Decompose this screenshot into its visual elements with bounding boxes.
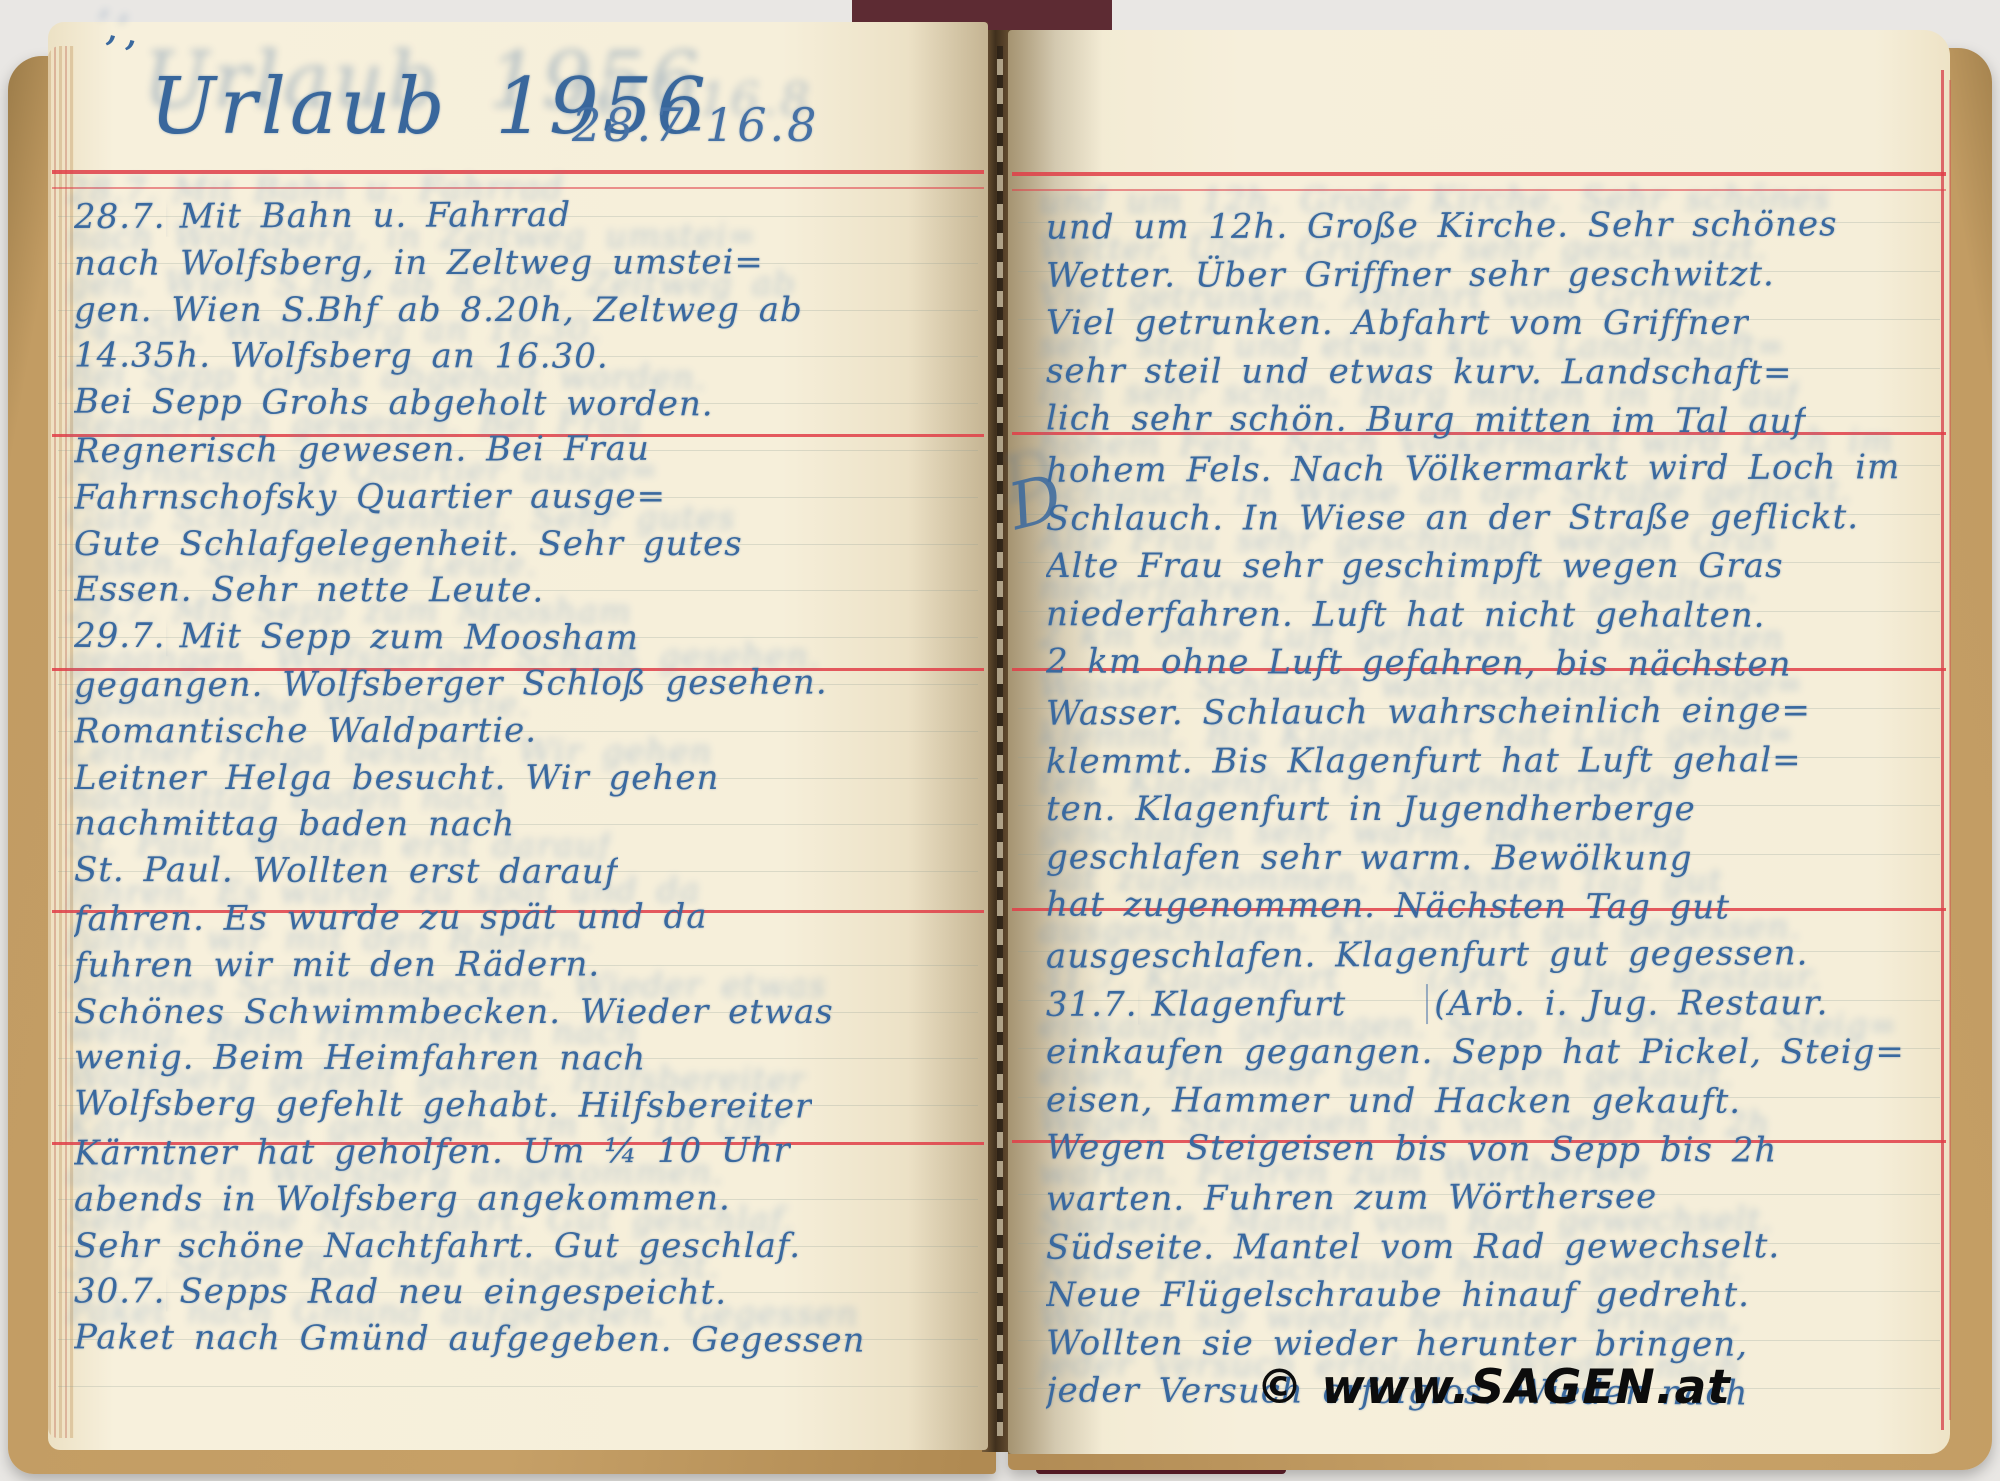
faint-rule-line	[58, 1339, 978, 1340]
diary-page-left	[48, 22, 988, 1450]
red-rule-line	[1012, 432, 1946, 435]
faint-rule-line	[58, 544, 978, 545]
faint-rule-line	[58, 216, 978, 217]
faint-rule-line	[1018, 416, 1940, 417]
faint-rule-line	[58, 778, 978, 779]
gutter-shadow-left	[908, 22, 988, 1450]
faint-rule-line	[58, 1246, 978, 1247]
red-rule-line	[1012, 172, 1946, 176]
faint-rule-line	[58, 1058, 978, 1059]
faint-rule-line	[1018, 222, 1940, 223]
faint-rule-line	[58, 263, 978, 264]
faint-rule-line	[58, 403, 978, 404]
red-rule-line	[52, 170, 984, 174]
red-rule-line	[52, 668, 984, 671]
faint-rule-line	[58, 1292, 978, 1293]
faint-rule-line	[1018, 1243, 1940, 1244]
faint-rule-line	[58, 637, 978, 638]
scanned-diary-spread: ’’ Urlaub 1956 28.7-16.8 D 28.7.Mit Bahn…	[0, 0, 2000, 1481]
faint-rule-line	[58, 497, 978, 498]
red-rule-line	[1012, 1140, 1946, 1143]
faint-rule-line	[1018, 854, 1940, 855]
red-rule-line	[1012, 908, 1946, 911]
faint-rule-line	[1018, 1097, 1940, 1098]
faint-rule-line	[1018, 514, 1940, 515]
faint-rule-line	[58, 731, 978, 732]
faint-rule-line	[1018, 805, 1940, 806]
faint-rule-line	[58, 1386, 978, 1387]
faint-rule-line	[1018, 1340, 1940, 1341]
red-rule-line	[52, 434, 984, 437]
red-rule-line	[52, 910, 984, 913]
faint-rule-line	[1018, 708, 1940, 709]
page-edge-stack	[48, 46, 74, 1438]
faint-rule-line	[1018, 1194, 1940, 1195]
faint-rule-line	[1018, 319, 1940, 320]
red-rule-line	[52, 187, 984, 189]
gutter-shadow-right	[1008, 30, 1103, 1454]
faint-rule-line	[58, 871, 978, 872]
faint-rule-line	[58, 965, 978, 966]
faint-rule-line	[1018, 1291, 1940, 1292]
faint-rule-line	[1018, 611, 1940, 612]
page-edge-red-stain	[1949, 80, 1951, 1420]
faint-rule-line	[1018, 951, 1940, 952]
diary-page-right	[1008, 30, 1950, 1454]
page-edge-red-stain	[1941, 70, 1944, 1430]
faint-rule-line	[1018, 271, 1940, 272]
faint-rule-line	[58, 1105, 978, 1106]
faint-rule-line	[1018, 465, 1940, 466]
faint-rule-line	[58, 356, 978, 357]
sagen-watermark: © www.SAGEN.at	[1256, 1360, 1731, 1415]
faint-rule-line	[58, 824, 978, 825]
faint-rule-line	[58, 450, 978, 451]
red-rule-line	[52, 1142, 984, 1145]
red-rule-line	[1012, 668, 1946, 671]
faint-rule-line	[1018, 1048, 1940, 1049]
faint-rule-line	[58, 1199, 978, 1200]
faint-rule-line	[1018, 1000, 1940, 1001]
faint-rule-line	[58, 590, 978, 591]
faint-rule-line	[58, 310, 978, 311]
faint-rule-line	[58, 1012, 978, 1013]
red-rule-line	[1012, 189, 1946, 191]
faint-rule-line	[58, 684, 978, 685]
binding-stitching	[997, 46, 1003, 1436]
faint-rule-line	[1018, 562, 1940, 563]
faint-rule-line	[1018, 368, 1940, 369]
faint-rule-line	[1018, 757, 1940, 758]
